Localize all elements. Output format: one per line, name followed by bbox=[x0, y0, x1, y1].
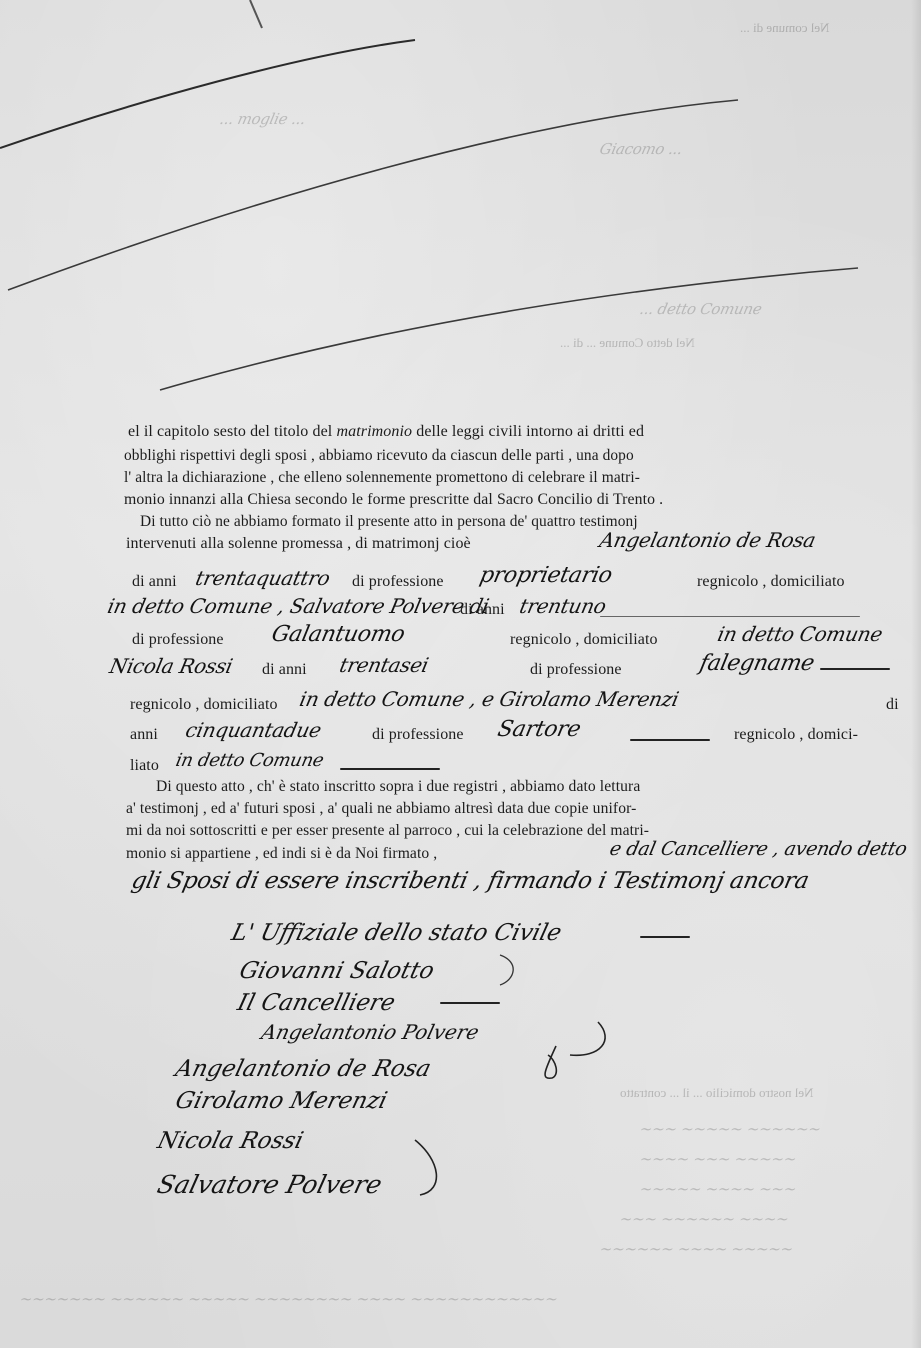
page-edge bbox=[911, 0, 921, 1348]
signature-flourishes bbox=[0, 0, 921, 1348]
document-page: Nel comune di ... ... moglie ... Giacomo… bbox=[0, 0, 921, 1348]
